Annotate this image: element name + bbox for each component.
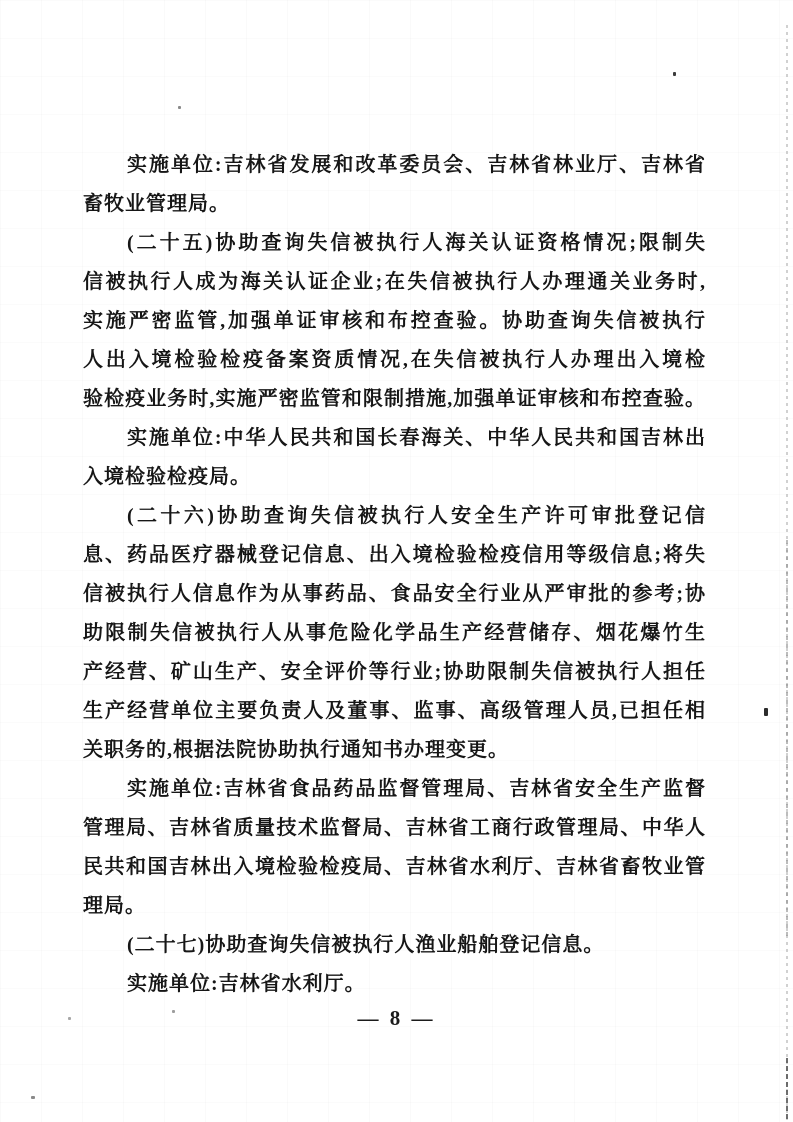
- text-line: 实施单位:吉林省食品药品监督管理局、吉林省安全生产监督: [83, 770, 706, 809]
- scan-speck: [172, 1010, 175, 1013]
- text-line: 实施单位:吉林省发展和改革委员会、吉林省林业厅、吉林省: [83, 146, 706, 185]
- text-line: 信被执行人信息作为从事药品、食品安全行业从严审批的参考;协: [83, 575, 706, 614]
- text-line: (二十六)协助查询失信被执行人安全生产许可审批登记信: [83, 497, 706, 536]
- text-line: 关职务的,根据法院协助执行通知书办理变更。: [83, 731, 706, 770]
- text-line: (二十七)协助查询失信被执行人渔业船舶登记信息。: [83, 926, 706, 965]
- scan-speck: [68, 1017, 71, 1020]
- document-body: 实施单位:吉林省发展和改革委员会、吉林省林业厅、吉林省 畜牧业管理局。 (二十五…: [83, 146, 706, 1004]
- paragraph-implementing-units-27: 实施单位:吉林省水利厅。: [83, 965, 706, 1004]
- scan-speck: [31, 1096, 35, 1099]
- paragraph-item-26: (二十六)协助查询失信被执行人安全生产许可审批登记信 息、药品医疗器械登记信息、…: [83, 497, 706, 770]
- page-number: — 8 —: [0, 1006, 793, 1031]
- scanned-document-page: 实施单位:吉林省发展和改革委员会、吉林省林业厅、吉林省 畜牧业管理局。 (二十五…: [0, 0, 793, 1122]
- paragraph-item-25: (二十五)协助查询失信被执行人海关认证资格情况;限制失 信被执行人成为海关认证企…: [83, 224, 706, 419]
- text-line: 息、药品医疗器械登记信息、出入境检验检疫信用等级信息;将失: [83, 536, 706, 575]
- scan-speck: [178, 106, 181, 109]
- scan-edge-artifact: [786, 540, 788, 940]
- text-line: (二十五)协助查询失信被执行人海关认证资格情况;限制失: [83, 224, 706, 263]
- paragraph-implementing-units-24: 实施单位:吉林省发展和改革委员会、吉林省林业厅、吉林省 畜牧业管理局。: [83, 146, 706, 224]
- text-line: 产经营、矿山生产、安全评价等行业;协助限制失信被执行人担任: [83, 653, 706, 692]
- text-line: 人出入境检验检疫备案资质情况,在失信被执行人办理出入境检: [83, 341, 706, 380]
- scan-edge-artifact: [786, 1058, 788, 1122]
- text-line: 畜牧业管理局。: [83, 185, 706, 224]
- text-line: 信被执行人成为海关认证企业;在失信被执行人办理通关业务时,: [83, 263, 706, 302]
- text-line: 生产经营单位主要负责人及董事、监事、高级管理人员,已担任相: [83, 692, 706, 731]
- scan-speck: [764, 708, 768, 716]
- text-line: 实施单位:吉林省水利厅。: [83, 965, 706, 1004]
- text-line: 管理局、吉林省质量技术监督局、吉林省工商行政管理局、中华人: [83, 809, 706, 848]
- scan-speck: [673, 72, 676, 76]
- text-line: 入境检验检疫局。: [83, 458, 706, 497]
- paragraph-item-27: (二十七)协助查询失信被执行人渔业船舶登记信息。: [83, 926, 706, 965]
- text-line: 民共和国吉林出入境检验检疫局、吉林省水利厅、吉林省畜牧业管: [83, 848, 706, 887]
- text-line: 验检疫业务时,实施严密监管和限制措施,加强单证审核和布控查验。: [83, 380, 706, 419]
- paragraph-implementing-units-26: 实施单位:吉林省食品药品监督管理局、吉林省安全生产监督 管理局、吉林省质量技术监…: [83, 770, 706, 926]
- text-line: 理局。: [83, 887, 706, 926]
- paragraph-implementing-units-25: 实施单位:中华人民共和国长春海关、中华人民共和国吉林出 入境检验检疫局。: [83, 419, 706, 497]
- text-line: 助限制失信被执行人从事危险化学品生产经营储存、烟花爆竹生: [83, 614, 706, 653]
- text-line: 实施严密监管,加强单证审核和布控查验。协助查询失信被执行: [83, 302, 706, 341]
- text-line: 实施单位:中华人民共和国长春海关、中华人民共和国吉林出: [83, 419, 706, 458]
